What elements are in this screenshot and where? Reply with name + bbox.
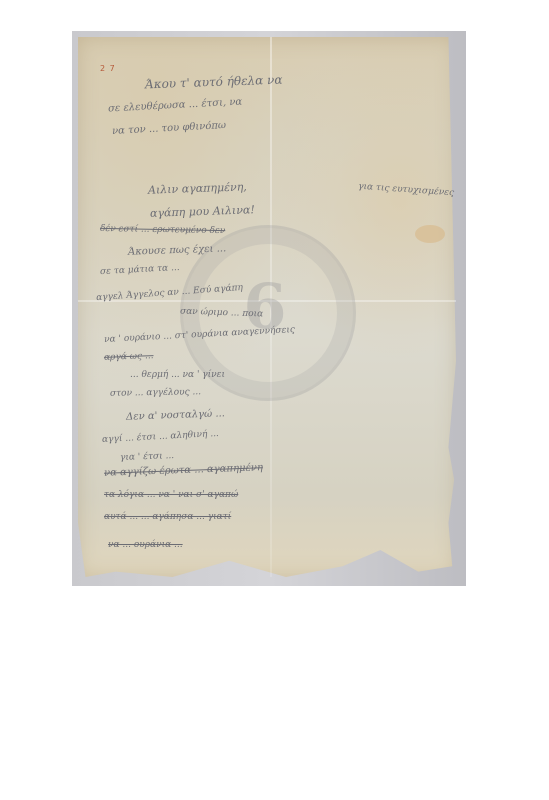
handwritten-line: να ... ουράνια ...	[108, 540, 183, 550]
handwritten-line: στον ... αγγέλους ...	[110, 387, 201, 399]
handwritten-line: τα λόγια ... να ' ναι σ' αγαπώ	[104, 490, 238, 500]
handwritten-line: ... θερμή ... να ' γίνει	[130, 370, 225, 380]
handwritten-line: αργά ως ...	[104, 351, 154, 363]
paper-stain	[415, 225, 445, 243]
handwritten-line: αυτά ... ... αγάπησα ... γιατί	[104, 512, 231, 522]
handwritten-line: δέν εστί ... ερωτευμένο δεν	[100, 224, 225, 236]
handwritten-line: για ' έτσι ...	[120, 451, 174, 463]
page-number: 2 7	[100, 64, 116, 73]
